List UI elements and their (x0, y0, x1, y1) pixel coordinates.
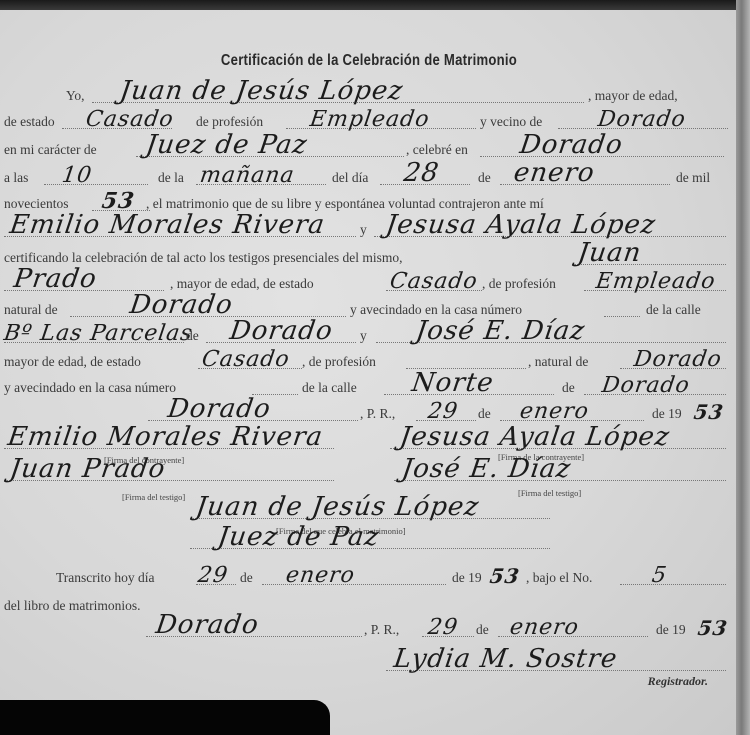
label-mayor-de-edad: , mayor de edad, (588, 88, 678, 104)
line-certificando: certificando la celebración de tal acto … (0, 244, 738, 270)
line-transcrito: Transcrito hoy día 29 de enero de 19 53 … (0, 564, 738, 590)
line-testigo1-natural: natural de Dorado y avecindado en la cas… (0, 296, 738, 322)
lugar-celebracion: Dorado (518, 130, 625, 160)
line-registro-fecha: Dorado , P. R., 29 de enero de 19 53 (0, 616, 738, 642)
label-del-libro: del libro de matrimonios. (4, 598, 140, 614)
officiant-vecino: Dorado (596, 107, 687, 132)
contrayente: Emilio Morales Rivera (8, 210, 327, 240)
label-pr: , P. R., (364, 622, 399, 638)
label-del-dia: del día (332, 170, 368, 186)
line-testigo2-estado: mayor de edad, de estado Casado , de pro… (0, 348, 738, 374)
fecha-dia: 29 (426, 399, 460, 424)
signature-celebrante-titulo: Juez de Paz (216, 522, 382, 552)
label-de-estado: de estado (4, 114, 55, 130)
label-de-profesion: de profesión (196, 114, 263, 130)
line-testigo1: Prado , mayor de edad, de estado Casado … (0, 270, 738, 296)
registro-dia: 29 (426, 615, 460, 640)
label-de-mil: de mil (676, 170, 710, 186)
label-firma-testigo-2: [Firma del testigo] (518, 488, 581, 498)
label-transcrito: Transcrito hoy día (56, 570, 155, 586)
rule (620, 584, 726, 585)
label-yo: Yo, (66, 88, 85, 104)
fecha-lugar: Dorado (166, 394, 273, 424)
label-de-19: de 19 (656, 622, 686, 638)
label-de-la-calle-2: de la calle (302, 380, 357, 396)
line-caracter: en mi carácter de Juez de Paz , celebré … (0, 136, 738, 162)
transcrito-mes: enero (284, 563, 356, 588)
testigo1-calle: Bº Las Parcelas (2, 321, 194, 346)
line-libro: del libro de matrimonios. (0, 592, 738, 618)
signature-celebrante: Juan de Jesús López (194, 492, 481, 522)
label-y: y (360, 328, 367, 344)
hora: 10 (60, 163, 94, 188)
testigo1-natural: Dorado (128, 290, 235, 320)
document-title: Certificación de la Celebración de Matri… (66, 52, 671, 70)
transcrito-anio: 53 (488, 564, 521, 588)
line-testigo1-calle: Bº Las Parcelas de Dorado y José E. Díaz (0, 322, 738, 348)
testigo1-profesion: Empleado (594, 269, 717, 294)
scan-top-edge (0, 0, 750, 10)
officiant-estado: Casado (84, 107, 175, 132)
redaction-block (0, 700, 330, 735)
label-natural-de: natural de (4, 302, 58, 318)
label-a-las: a las (4, 170, 28, 186)
contrayenta: Jesusa Ayala López (384, 210, 658, 240)
testigo1-nombre-b: Prado (12, 264, 99, 294)
line-registrador-firma: Lydia M. Sostre (0, 650, 738, 676)
label-de: de (478, 170, 491, 186)
registrador-firma: Lydia M. Sostre (392, 644, 620, 674)
label-de: de (186, 328, 199, 344)
testigo2-de: Dorado (600, 373, 691, 398)
label-de: de (240, 570, 253, 586)
testigo2-natural: Dorado (632, 347, 723, 372)
label-registrador: Registrador. (648, 674, 708, 689)
label-de: de (562, 380, 575, 396)
registro-anio: 53 (696, 616, 729, 640)
label-de: de (478, 406, 491, 422)
testigo2-estado: Casado (200, 347, 291, 372)
label-de-19: de 19 (452, 570, 482, 586)
label-caracter: en mi carácter de (4, 142, 97, 158)
line-testigo2-calle: y avecindado en la casa número de la cal… (0, 374, 738, 400)
testigo1-estado: Casado (388, 269, 479, 294)
fecha-anio: 53 (692, 400, 725, 424)
registro-mes: enero (508, 615, 580, 640)
label-pr: , P. R., (360, 406, 395, 422)
mes: enero (512, 158, 597, 188)
signature-contrayenta: Jesusa Ayala López (398, 422, 672, 452)
label-profesion-2: , de profesión (302, 354, 376, 370)
dia: 28 (402, 158, 441, 188)
line-officiant: Yo, Juan de Jesús López , mayor de edad, (0, 82, 738, 108)
label-de-la-calle: de la calle (646, 302, 701, 318)
label-mayor-estado-2: mayor de edad, de estado (4, 354, 141, 370)
officiant-caracter: Juez de Paz (144, 130, 310, 160)
label-profesion: , de profesión (482, 276, 556, 292)
label-de: de (476, 622, 489, 638)
signature-contrayente: Emilio Morales Rivera (6, 422, 325, 452)
registro-lugar: Dorado (154, 610, 261, 640)
line-estado: de estado Casado de profesión Empleado y… (0, 108, 738, 134)
label-bajo-el-no: , bajo el No. (526, 570, 592, 586)
testigo2-calle: Norte (410, 368, 496, 398)
signature-testigo1: Juan Prado (8, 454, 168, 484)
officiant-profesion: Empleado (308, 107, 431, 132)
line-hora: a las 10 de la mañana del día 28 de ener… (0, 164, 738, 190)
signature-testigo2: José E. Díaz (400, 454, 573, 484)
label-de-la: de la (158, 170, 184, 186)
officiant-name: Juan de Jesús López (118, 76, 405, 106)
testigo1-de: Dorado (228, 316, 335, 346)
scan-right-edge (736, 0, 750, 735)
label-avecindado-2: y avecindado en la casa número (4, 380, 176, 396)
fecha-mes: enero (518, 399, 590, 424)
label-natural-de-2: , natural de (528, 354, 588, 370)
transcrito-dia: 29 (196, 563, 230, 588)
label-vecino-de: y vecino de (480, 114, 542, 130)
testigo1-nombre-a: Juan (576, 238, 644, 268)
rule (604, 316, 640, 317)
label-celebre-en: , celebré en (406, 142, 468, 158)
label-de-19: de 19 (652, 406, 682, 422)
testigo2-nombre: José E. Díaz (414, 316, 587, 346)
label-y: y (360, 222, 367, 238)
certificate-page: Certificación de la Celebración de Matri… (0, 8, 738, 735)
momento: mañana (198, 163, 296, 188)
